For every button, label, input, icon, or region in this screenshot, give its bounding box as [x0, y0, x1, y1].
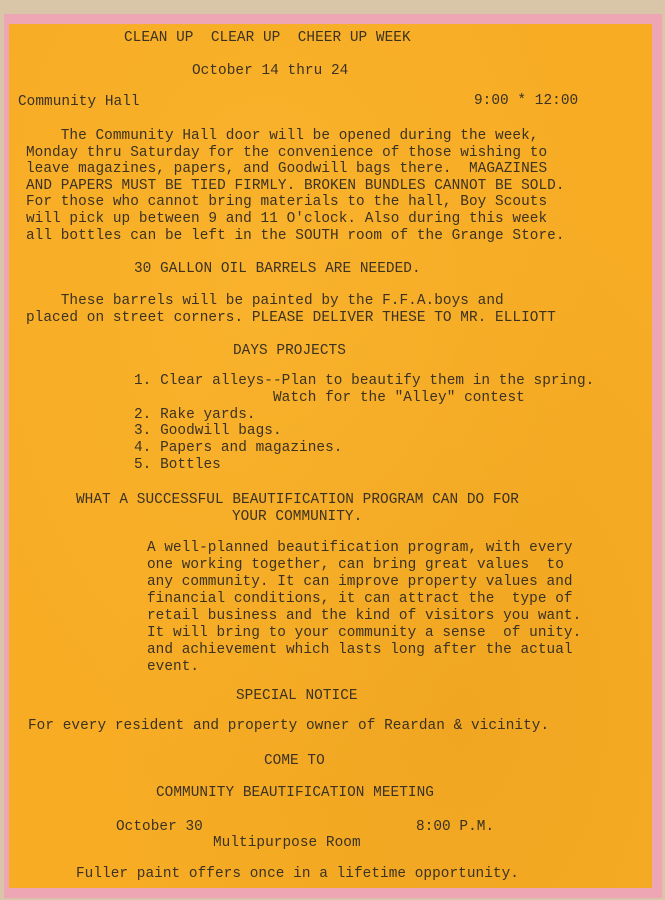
- program-line: event.: [147, 659, 581, 676]
- project-number: 5.: [134, 457, 160, 473]
- project-number: 4.: [134, 440, 160, 456]
- intro-line: all bottles can be left in the SOUTH roo…: [26, 228, 565, 245]
- event-location: Community Hall: [18, 94, 140, 111]
- meeting-title: COMMUNITY BEAUTIFICATION MEETING: [156, 785, 434, 802]
- project-number: 2.: [134, 407, 160, 423]
- footer-line: Fuller paint offers once in a lifetime o…: [76, 866, 519, 883]
- event-dates: October 14 thru 24: [192, 63, 348, 80]
- event-hours: 9:00 * 12:00: [474, 93, 578, 110]
- meeting-time: 8:00 P.M.: [416, 819, 494, 836]
- program-line: one working together, can bring great va…: [147, 557, 581, 574]
- notice-line: For every resident and property owner of…: [28, 718, 549, 735]
- barrels-line: These barrels will be painted by the F.F…: [26, 293, 556, 310]
- intro-line: The Community Hall door will be opened d…: [26, 128, 565, 145]
- project-number: 3.: [134, 423, 160, 439]
- projects-heading: DAYS PROJECTS: [233, 343, 346, 360]
- barrels-line: placed on street corners. PLEASE DELIVER…: [26, 310, 556, 327]
- project-item: 4. Papers and magazines.: [134, 440, 594, 457]
- project-item: Watch for the "Alley" contest: [134, 390, 594, 407]
- intro-line: AND PAPERS MUST BE TIED FIRMLY. BROKEN B…: [26, 178, 565, 195]
- meeting-date: October 30: [116, 819, 203, 836]
- intro-line: For those who cannot bring materials to …: [26, 194, 565, 211]
- intro-line: will pick up between 9 and 11 O'clock. A…: [26, 211, 565, 228]
- project-text: Clear alleys--Plan to beautify them in t…: [160, 373, 594, 389]
- flyer-title: CLEAN UP CLEAR UP CHEER UP WEEK: [124, 30, 411, 47]
- project-text: Papers and magazines.: [160, 440, 342, 456]
- program-heading-line-1: WHAT A SUCCESSFUL BEAUTIFICATION PROGRAM…: [76, 492, 519, 509]
- intro-line: Monday thru Saturday for the convenience…: [26, 145, 565, 162]
- program-heading-line-2: YOUR COMMUNITY.: [232, 509, 362, 526]
- program-line: It will bring to your community a sense …: [147, 625, 581, 642]
- project-item: 2. Rake yards.: [134, 407, 594, 424]
- program-line: A well-planned beautification program, w…: [147, 540, 581, 557]
- program-line: any community. It can improve property v…: [147, 574, 581, 591]
- projects-list: 1. Clear alleys--Plan to beautify them i…: [134, 373, 594, 474]
- project-text: Rake yards.: [160, 407, 256, 423]
- barrels-heading: 30 GALLON OIL BARRELS ARE NEEDED.: [134, 261, 421, 278]
- project-text: Watch for the "Alley" contest: [160, 390, 525, 406]
- intro-line: leave magazines, papers, and Goodwill ba…: [26, 161, 565, 178]
- project-number: [134, 390, 160, 406]
- program-line: retail business and the kind of visitors…: [147, 608, 581, 625]
- come-to: COME TO: [264, 753, 325, 770]
- project-text: Goodwill bags.: [160, 423, 282, 439]
- program-line: financial conditions, it can attract the…: [147, 591, 581, 608]
- project-item: 5. Bottles: [134, 457, 594, 474]
- program-line: and achievement which lasts long after t…: [147, 642, 581, 659]
- intro-paragraph: The Community Hall door will be opened d…: [26, 128, 565, 244]
- project-number: 1.: [134, 373, 160, 389]
- project-item: 1. Clear alleys--Plan to beautify them i…: [134, 373, 594, 390]
- project-item: 3. Goodwill bags.: [134, 423, 594, 440]
- project-text: Bottles: [160, 457, 221, 473]
- notice-heading: SPECIAL NOTICE: [236, 688, 358, 705]
- barrels-paragraph: These barrels will be painted by the F.F…: [26, 293, 556, 326]
- meeting-room: Multipurpose Room: [213, 835, 361, 852]
- program-paragraph: A well-planned beautification program, w…: [147, 540, 581, 676]
